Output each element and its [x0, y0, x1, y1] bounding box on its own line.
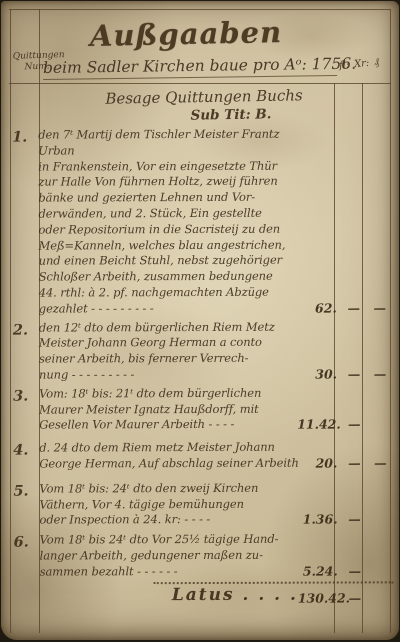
entry-description: d. 24 dto dem Riem metz Meister Johann G… [39, 440, 307, 473]
receipt-number: 2. [13, 320, 39, 383]
amount-florins: 20. [297, 455, 337, 470]
entry-description: den 12ᵗ dto dem bürgerlichen Riem Metz M… [39, 319, 307, 383]
receipt-number: 6. [14, 533, 40, 580]
amount-kreuzer: — [341, 366, 367, 381]
ledger-entry-row: 5. Vom 18ᵗ bis: 24ᵗ dto den zweij Kirche… [13, 480, 393, 529]
amount-florins: 62. [297, 300, 337, 315]
latus-amount-florins: 130.42. [298, 590, 338, 605]
latus-amount-kreuzer: — [342, 590, 368, 605]
pfennig-column-header: ₰ [374, 57, 380, 68]
amount-florins: 11.42. [297, 417, 337, 432]
ledger-entry-row: 1. den 7ᵗ Martij dem Tischler Meister Fr… [12, 126, 393, 317]
section-heading: Besage Quittungen Buchs [89, 86, 319, 108]
amount-kreuzer: — [342, 512, 368, 527]
page-subtitle: beim Sadler Kirchen baue pro Aᵒ: 1756. [43, 55, 337, 80]
amount-kreuzer: — [342, 563, 368, 578]
latus-label: Latus . . . . [172, 584, 298, 604]
section-subheading: Sub Tit: B. [176, 106, 286, 124]
latus-total-row: Latus . . . .130.42.— [14, 581, 394, 608]
receipt-number: 4. [13, 441, 39, 473]
entry-description: den 7ᵗ Martij dem Tischler Meister Frant… [38, 127, 307, 317]
ledger-entries: 1. den 7ᵗ Martij dem Tischler Meister Fr… [12, 126, 394, 608]
amount-florins: 30. [297, 366, 337, 381]
amount-pfennig: — [369, 455, 391, 470]
paper-page: Quittungen Num: Außgaaben beim Sadler Ki… [1, 1, 399, 640]
page-title: Außgaaben [71, 15, 302, 54]
receipt-number: 3. [13, 386, 39, 433]
amount-kreuzer: — [341, 455, 367, 470]
entry-description: Vom: 18ᵗ bis: 21ᵗ dto dem bürgerlichen M… [39, 385, 307, 433]
ledger-entry-row: 6. Vom 18ᵗ bis 24ᵗ dto Vor 25½ tägige Ha… [14, 531, 394, 580]
amount-pfennig: — [369, 300, 391, 315]
kreuzer-column-header: Xr: [354, 58, 370, 70]
dotted-sum-rule [154, 581, 394, 584]
receipt-number: 1. [12, 128, 39, 318]
entry-description: Vom 18ᵗ bis: 24ᵗ dto den zweij Kirchen V… [39, 480, 307, 528]
receipt-number: 5. [13, 481, 39, 528]
amount-florins: 5.24. [298, 563, 338, 578]
rule-top-edge [9, 9, 391, 10]
amount-kreuzer: — [341, 417, 367, 432]
amount-pfennig: — [369, 366, 391, 381]
florin-column-header: fl: [339, 60, 350, 72]
ledger-entry-row: 2. den 12ᵗ dto dem bürgerlichen Riem Met… [13, 319, 393, 384]
rule-left-edge [10, 9, 11, 633]
entry-description: Vom 18ᵗ bis 24ᵗ dto Vor 25½ tägige Hand-… [40, 532, 308, 580]
ledger-entry-row: 4. d. 24 dto dem Riem metz Meister Johan… [13, 439, 393, 472]
amount-florins: 1.36. [298, 512, 338, 527]
amount-kreuzer: — [341, 300, 367, 315]
ledger-entry-row: 3. Vom: 18ᵗ bis: 21ᵗ dto dem bürgerliche… [13, 385, 393, 434]
manuscript-photo: Quittungen Num: Außgaaben beim Sadler Ki… [0, 0, 400, 642]
